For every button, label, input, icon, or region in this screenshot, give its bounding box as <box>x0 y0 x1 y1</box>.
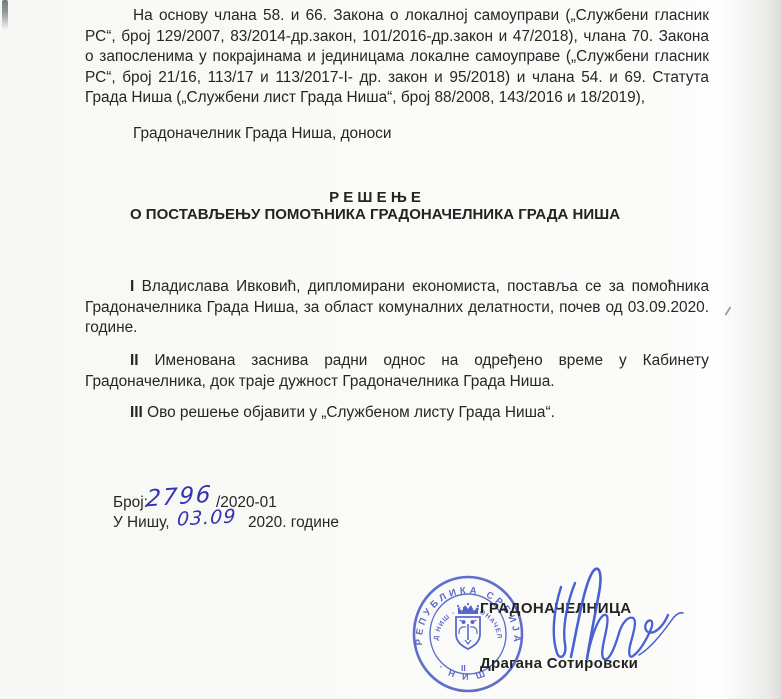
scanned-document-page: На основу члана 58. и 66. Закона о локал… <box>0 0 781 699</box>
article-2-text: Именована заснива радни однос на одређен… <box>85 352 709 390</box>
article-1-text: Владислава Ивковић, дипломирани економис… <box>85 278 709 336</box>
place-label: У Нишу, <box>113 514 170 532</box>
handwritten-signature <box>520 553 700 683</box>
date-handwritten: 03.09 <box>176 505 236 530</box>
scan-artifact-top-left <box>2 0 8 30</box>
preamble-paragraph: На основу члана 58. и 66. Закона о локал… <box>85 6 709 109</box>
article-1-numeral: I <box>130 278 134 295</box>
article-3-numeral: III <box>130 404 143 421</box>
scan-speck <box>725 306 732 316</box>
case-number-label: Број: <box>113 494 148 512</box>
article-2: II Именована заснива радни однос на одре… <box>85 351 709 392</box>
stamp-numeral: II <box>461 663 466 673</box>
decision-title: Р Е Ш Е Њ Е О ПОСТАВЉЕЊУ ПОМОЋНИКА ГРАДО… <box>60 190 690 223</box>
article-3-text: Ово решење објавити у „Службеном листу Г… <box>147 404 555 421</box>
date-suffix: 2020. године <box>248 514 339 532</box>
decision-title-line2: О ПОСТАВЉЕЊУ ПОМОЋНИКА ГРАДОНАЧЕЛНИКА ГР… <box>60 207 690 224</box>
issuer-line: Градоначелник Града Ниша, доноси <box>133 124 391 145</box>
official-round-stamp: РЕПУБЛИКА СРБИЈА · Н И Ш · ГРАД НИШ - ГР… <box>411 574 527 696</box>
decision-title-line1: Р Е Ш Е Њ Е <box>60 190 690 207</box>
coat-of-arms-icon <box>456 603 480 649</box>
article-1: I Владислава Ивковић, дипломирани економ… <box>85 277 709 339</box>
article-2-numeral: II <box>130 352 139 369</box>
article-3: III Ово решење објавити у „Службеном лис… <box>85 403 709 424</box>
